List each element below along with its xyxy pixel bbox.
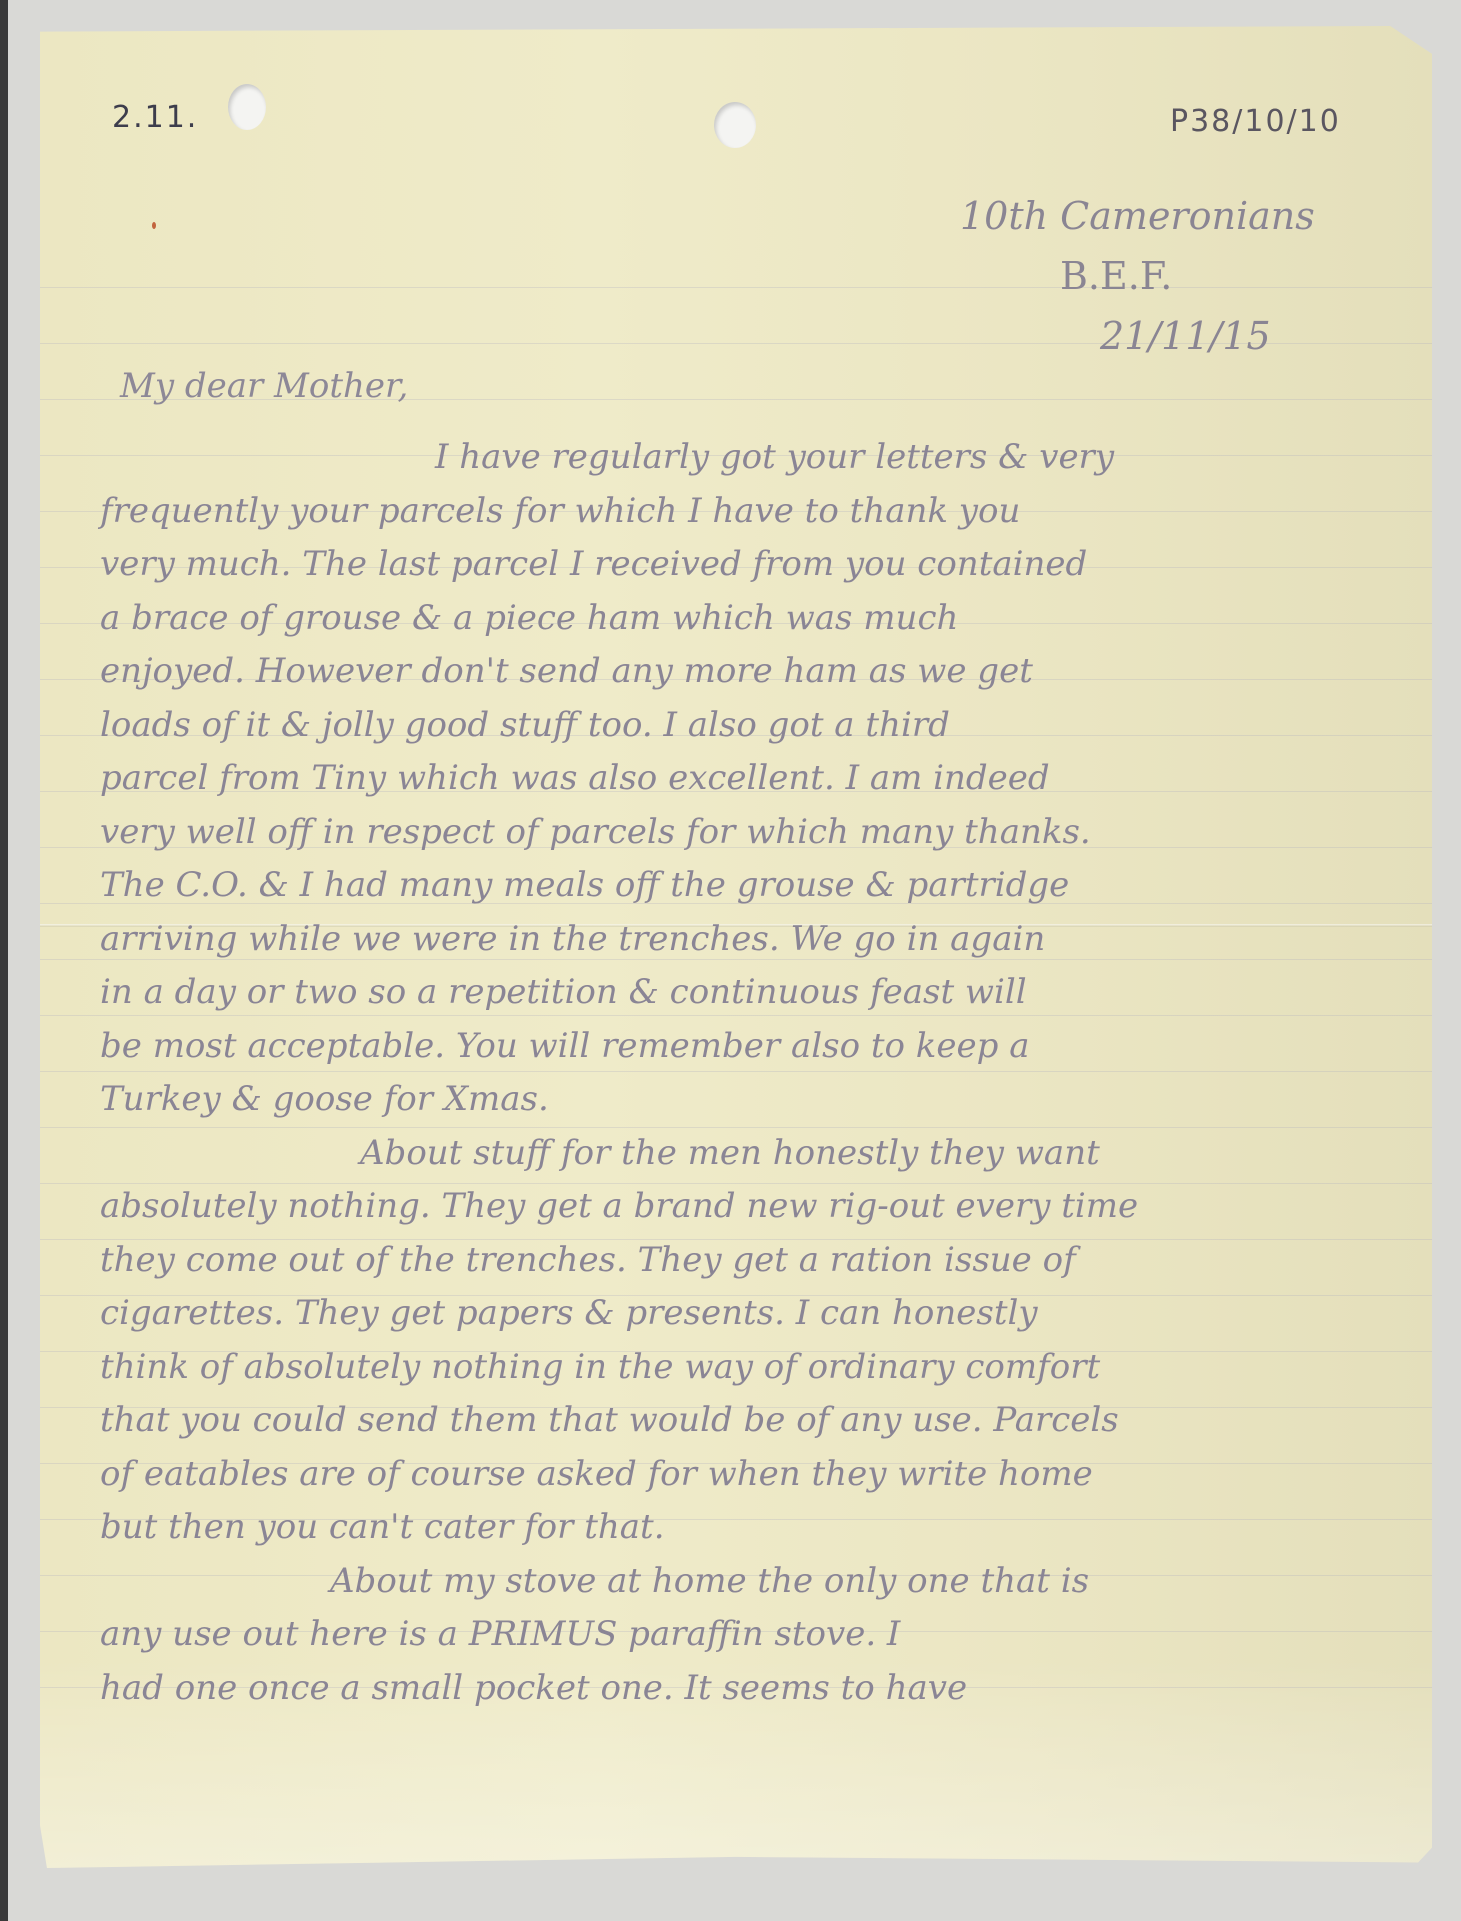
body-line: of eatables are of course asked for when…	[100, 1448, 1430, 1502]
letter-date: 21/11/15	[1100, 306, 1315, 366]
body-line: but then you can't cater for that.	[100, 1501, 1430, 1555]
ink-spot	[152, 222, 156, 229]
body-line: Turkey & goose for Xmas.	[100, 1073, 1430, 1127]
body-line: absolutely nothing. They get a brand new…	[100, 1180, 1430, 1234]
sender-address-block: 10th Cameronians B.E.F. 21/11/15	[960, 186, 1315, 366]
body-line: loads of it & jolly good stuff too. I al…	[100, 699, 1430, 753]
body-line: frequently your parcels for which I have…	[100, 485, 1430, 539]
body-line: very much. The last parcel I received fr…	[100, 538, 1430, 592]
body-line: any use out here is a PRIMUS paraffin st…	[100, 1608, 1430, 1662]
letter-body: I have regularly got your letters & very…	[100, 431, 1430, 1715]
body-line: had one once a small pocket one. It seem…	[100, 1662, 1430, 1716]
body-line: in a day or two so a repetition & contin…	[100, 966, 1430, 1020]
punch-hole-left	[228, 84, 266, 130]
body-line: be most acceptable. You will remember al…	[100, 1020, 1430, 1074]
body-line: enjoyed. However don't send any more ham…	[100, 645, 1430, 699]
body-line: The C.O. & I had many meals off the grou…	[100, 859, 1430, 913]
address-force: B.E.F.	[1060, 246, 1315, 306]
archive-reference-number: P38/10/10	[1170, 104, 1341, 139]
salutation: My dear Mother,	[120, 366, 408, 406]
scanner-edge	[0, 0, 8, 1921]
body-line: very well off in respect of parcels for …	[100, 806, 1430, 860]
body-line: that you could send them that would be o…	[100, 1394, 1430, 1448]
archive-reference-left: 2.11.	[112, 100, 198, 135]
body-line: parcel from Tiny which was also excellen…	[100, 752, 1430, 806]
letter-page: 2.11. P38/10/10 10th Cameronians B.E.F. …	[40, 26, 1432, 1881]
body-line: they come out of the trenches. They get …	[100, 1234, 1430, 1288]
body-line: arriving while we were in the trenches. …	[100, 913, 1430, 967]
body-line: cigarettes. They get papers & presents. …	[100, 1287, 1430, 1341]
body-line: think of absolutely nothing in the way o…	[100, 1341, 1430, 1395]
punch-hole-center	[714, 102, 756, 148]
body-line: a brace of grouse & a piece ham which wa…	[100, 592, 1430, 646]
body-line: I have regularly got your letters & very	[100, 431, 1430, 485]
address-battalion: 10th Cameronians	[960, 186, 1315, 246]
body-line: About my stove at home the only one that…	[100, 1555, 1430, 1609]
body-line: About stuff for the men honestly they wa…	[100, 1127, 1430, 1181]
